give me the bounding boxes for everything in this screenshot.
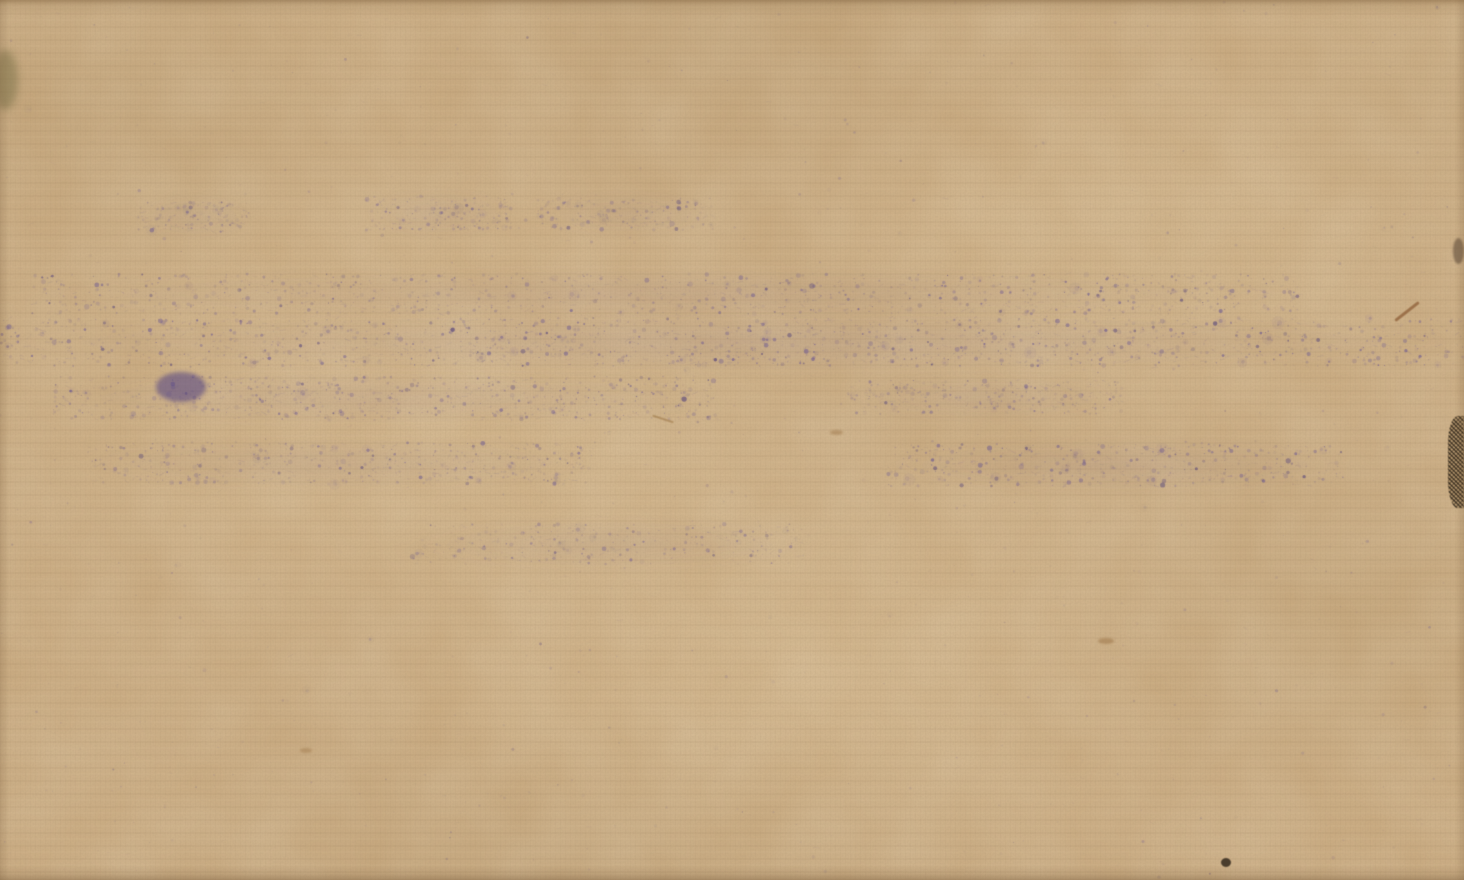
ink-blot	[156, 372, 206, 402]
surface-marks	[0, 0, 1464, 880]
edge-notch-mark	[1453, 238, 1464, 264]
fiber-scratch-2	[652, 415, 674, 424]
dark-speck	[1221, 858, 1231, 867]
brown-fleck-2	[830, 430, 843, 435]
left-edge-smudge	[0, 50, 18, 110]
brown-fleck	[1098, 638, 1114, 644]
edge-weave-mark	[1448, 416, 1464, 508]
brown-fleck-3	[300, 748, 312, 753]
fiber-scratch	[1394, 301, 1419, 322]
scanned-document	[0, 0, 1464, 880]
